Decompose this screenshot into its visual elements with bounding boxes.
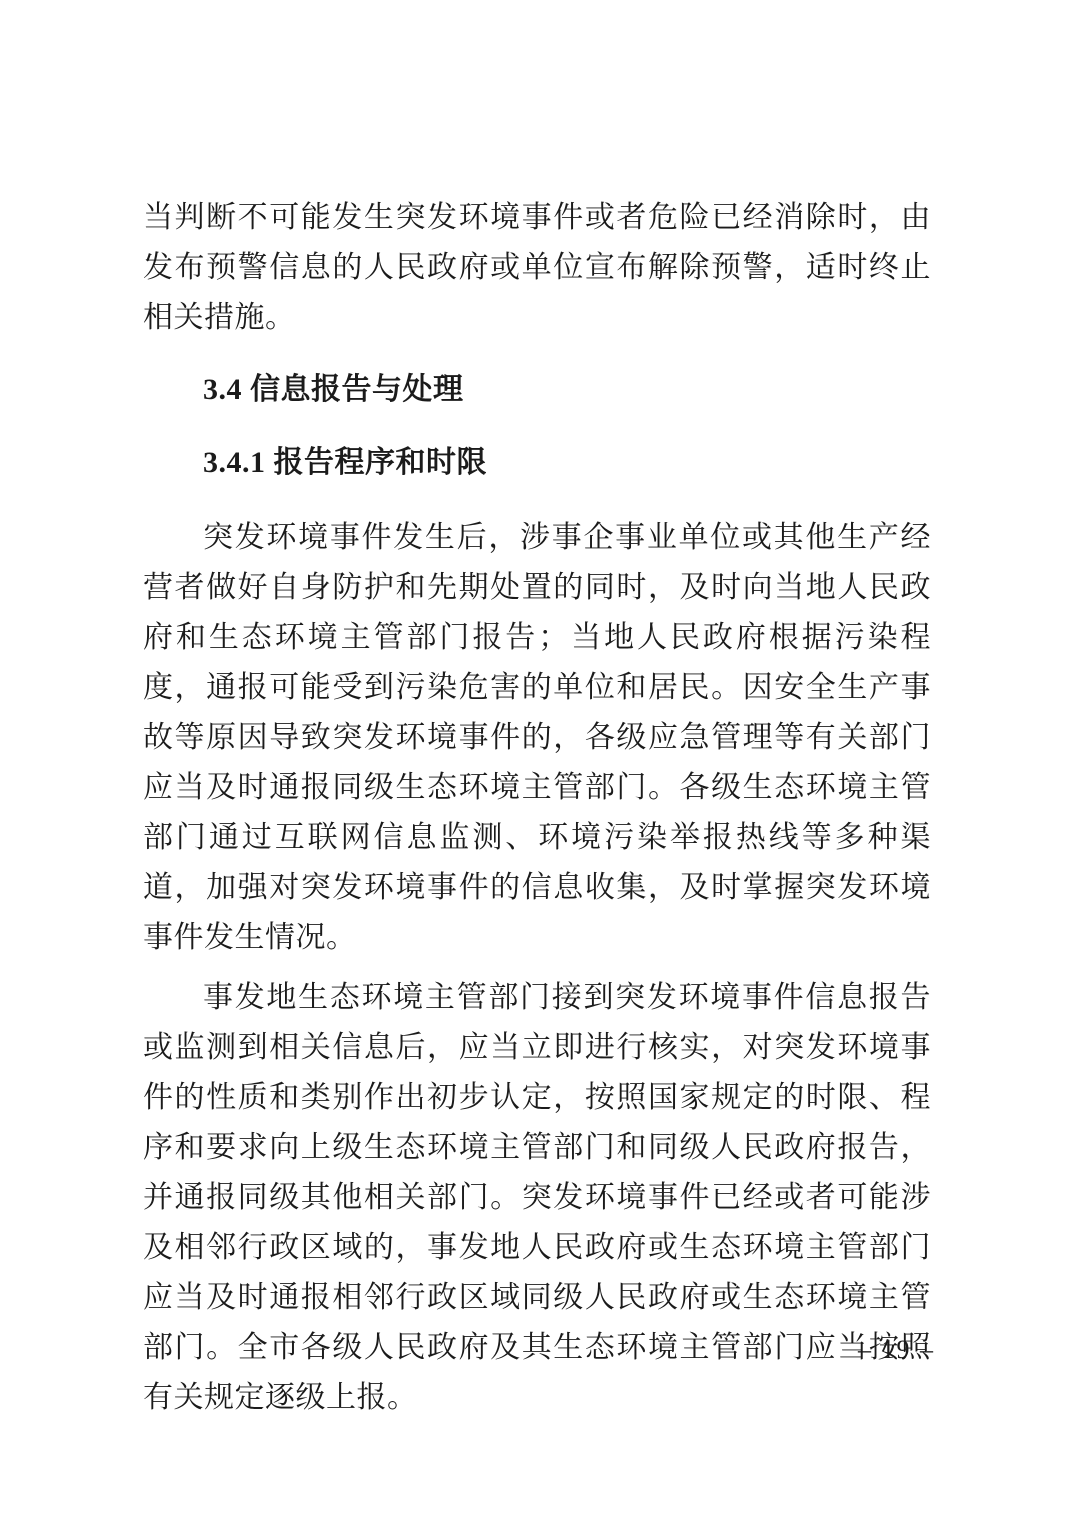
document-page: 当判断不可能发生突发环境事件或者危险已经消除时，由发布预警信息的人民政府或单位宣…	[0, 0, 1074, 1520]
document-body: 当判断不可能发生突发环境事件或者危险已经消除时，由发布预警信息的人民政府或单位宣…	[143, 193, 931, 1423]
paragraph-warning-termination: 当判断不可能发生突发环境事件或者危险已经消除时，由发布预警信息的人民政府或单位宣…	[143, 193, 931, 343]
page-number: – 19 –	[858, 1332, 935, 1368]
section-heading-3-4: 3.4 信息报告与处理	[143, 365, 931, 415]
paragraph-verification-notification: 事发地生态环境主管部门接到突发环境事件信息报告或监测到相关信息后，应当立即进行核…	[143, 973, 931, 1423]
paragraph-incident-reporting: 突发环境事件发生后，涉事企事业单位或其他生产经营者做好自身防护和先期处置的同时，…	[143, 513, 931, 963]
section-heading-3-4-1: 3.4.1 报告程序和时限	[143, 438, 931, 488]
